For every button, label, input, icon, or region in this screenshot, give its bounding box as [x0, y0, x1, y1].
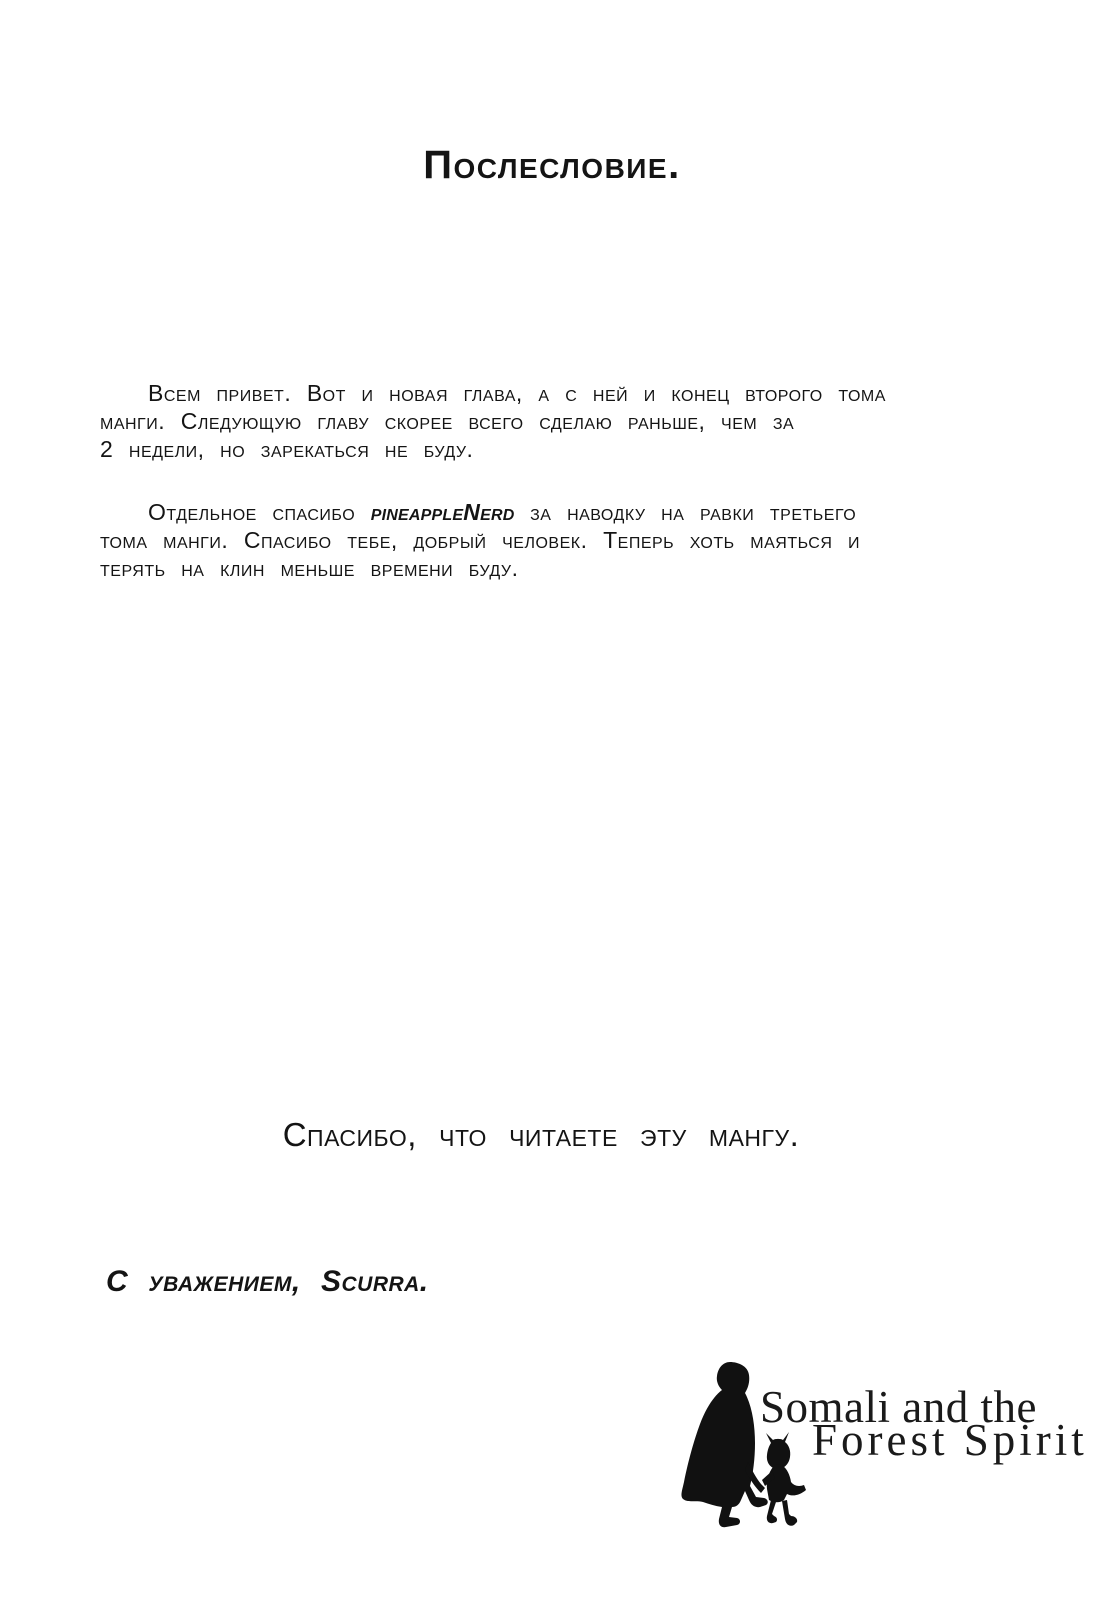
paragraph-1-line-2: манги. Следующую главу скорее всего сдел…: [100, 407, 980, 435]
signature-line: С уважением, Scurra.: [106, 1265, 429, 1299]
paragraph-2-line-3: терять на клин меньше времени буду.: [100, 554, 980, 582]
paragraph-2-line-1: Отдельное спасибо pineappleNerd за навод…: [100, 498, 980, 526]
paragraph-2: Отдельное спасибо pineappleNerd за навод…: [100, 498, 980, 582]
series-logo: Somali and the Forest Spirit: [0, 0, 1104, 1600]
paragraph-2-line-1-text-after: за наводку на равки третьего: [514, 499, 856, 525]
paragraph-1: Всем привет. Вот и новая глава, а с ней …: [100, 379, 980, 463]
paragraph-1-line-3: 2 недели, но зарекаться не буду.: [100, 435, 980, 463]
golem-and-somali-silhouette-icon: [670, 1330, 810, 1535]
paragraph-1-line-1: Всем привет. Вот и новая глава, а с ней …: [100, 379, 980, 407]
logo-title-line-2: Forest Spirit: [812, 1424, 1088, 1457]
paragraph-2-line-2: тома манги. Спасибо тебе, добрый человек…: [100, 526, 980, 554]
logo-title-line-1: Somali and the: [760, 1391, 1088, 1424]
page-title: Послесловие.: [0, 142, 1104, 188]
translator-credit-nickname: pineappleNerd: [371, 499, 515, 525]
paragraph-2-line-1-text: Отдельное спасибо: [148, 499, 371, 525]
thanks-line: Спасибо, что читаете эту мангу.: [0, 1116, 1082, 1154]
afterword-page: Послесловие. Всем привет. Вот и новая гл…: [0, 0, 1104, 1600]
series-logo-title: Somali and the Forest Spirit: [760, 1391, 1088, 1457]
